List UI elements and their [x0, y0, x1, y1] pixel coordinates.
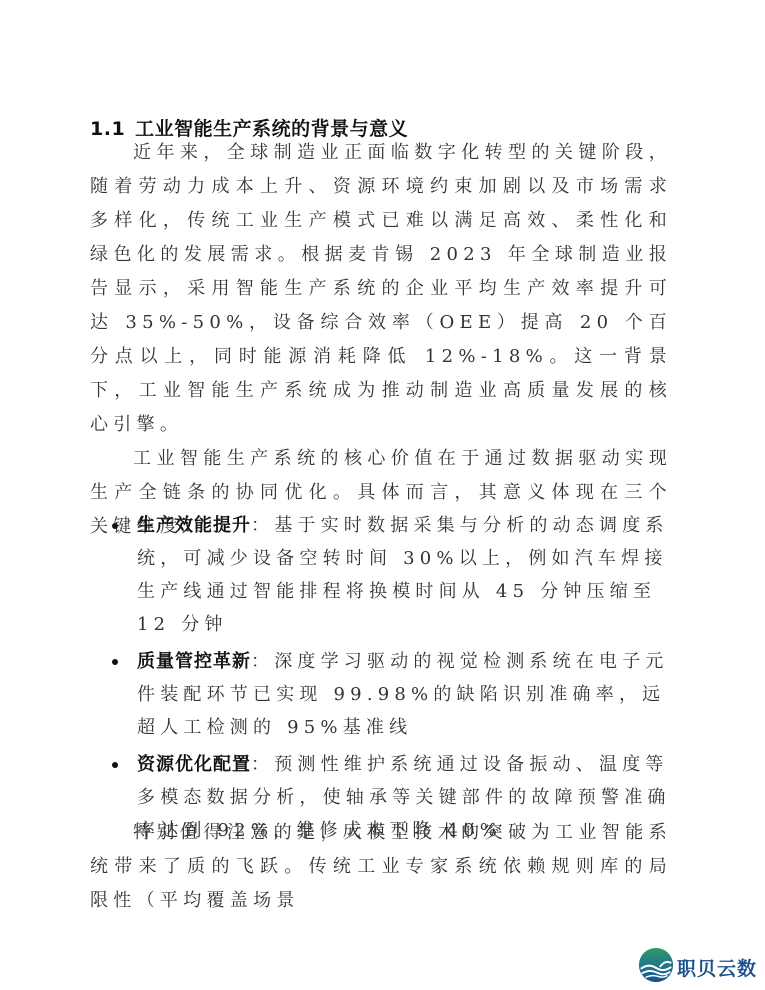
list-item-lead: 资源优化配置 [137, 754, 251, 775]
bullet-icon [112, 762, 118, 768]
list-item-lead: 生产效能提升 [137, 515, 251, 536]
list-item: 生产效能提升：基于实时数据采集与分析的动态调度系统，可减少设备空转时间 30%以… [90, 509, 677, 641]
key-dimensions-list: 生产效能提升：基于实时数据采集与分析的动态调度系统，可减少设备空转时间 30%以… [90, 509, 680, 851]
bullet-icon [112, 659, 118, 665]
watermark-brand: 职贝云数 [677, 954, 757, 981]
paragraph-background: 近年来，全球制造业正面临数字化转型的关键阶段，随着劳动力成本上升、资源环境约束加… [90, 136, 672, 442]
list-item: 质量管控革新：深度学习驱动的视觉检测系统在电子元件装配环节已实现 99.98%的… [90, 645, 677, 744]
paragraph-large-models: 特别值得注意的是，大模型技术的突破为工业智能系统带来了质的飞跃。传统工业专家系统… [90, 816, 672, 918]
bullet-icon [112, 523, 118, 529]
wave-globe-logo-icon [637, 946, 675, 988]
list-item-lead: 质量管控革新 [137, 651, 251, 672]
watermark-logo: 职贝云数 [637, 946, 757, 988]
